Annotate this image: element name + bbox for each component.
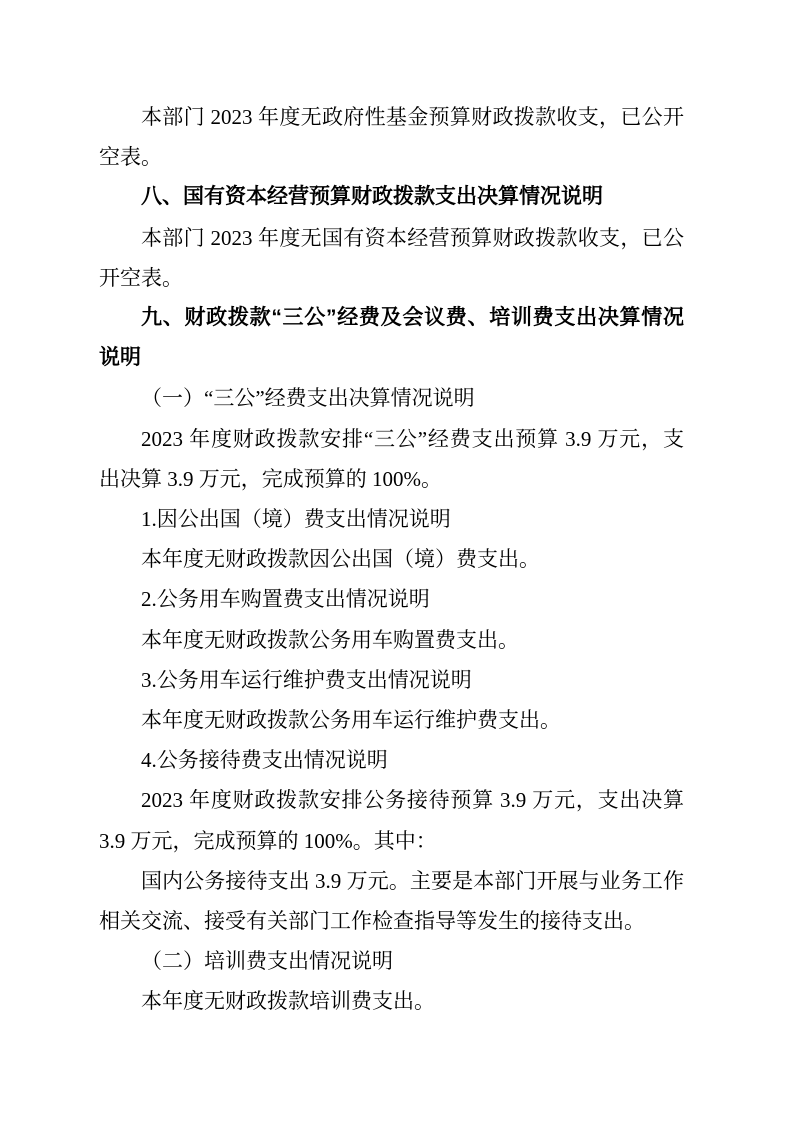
subsection-heading-2: （二）培训费支出情况说明 xyxy=(99,941,684,981)
numbered-heading-1: 1.因公出国（境）费支出情况说明 xyxy=(99,499,684,539)
section-heading-8: 八、国有资本经营预算财政拨款支出决算情况说明 xyxy=(99,177,684,217)
body-paragraph: 本部门 2023 年度无政府性基金预算财政拨款收支，已公开空表。 xyxy=(99,97,684,177)
body-paragraph: 本部门 2023 年度无国有资本经营预算财政拨款收支，已公开空表。 xyxy=(99,218,684,298)
body-paragraph: 本年度无财政拨款因公出国（境）费支出。 xyxy=(99,539,684,579)
numbered-heading-2: 2.公务用车购置费支出情况说明 xyxy=(99,579,684,619)
body-paragraph: 国内公务接待支出 3.9 万元。主要是本部门开展与业务工作相关交流、接受有关部门… xyxy=(99,861,684,941)
body-paragraph: 2023 年度财政拨款安排公务接待预算 3.9 万元，支出决算 3.9 万元，完… xyxy=(99,780,684,860)
body-paragraph: 本年度无财政拨款公务用车运行维护费支出。 xyxy=(99,700,684,740)
body-paragraph: 2023 年度财政拨款安排“三公”经费支出预算 3.9 万元，支出决算 3.9 … xyxy=(99,419,684,499)
subsection-heading-1: （一）“三公”经费支出决算情况说明 xyxy=(99,378,684,418)
body-paragraph: 本年度无财政拨款培训费支出。 xyxy=(99,981,684,1021)
numbered-heading-4: 4.公务接待费支出情况说明 xyxy=(99,740,684,780)
section-heading-9: 九、财政拨款“三公”经费及会议费、培训费支出决算情况说明 xyxy=(99,298,684,378)
document-page: 本部门 2023 年度无政府性基金预算财政拨款收支，已公开空表。 八、国有资本经… xyxy=(0,0,793,1122)
numbered-heading-3: 3.公务用车运行维护费支出情况说明 xyxy=(99,660,684,700)
body-paragraph: 本年度无财政拨款公务用车购置费支出。 xyxy=(99,620,684,660)
